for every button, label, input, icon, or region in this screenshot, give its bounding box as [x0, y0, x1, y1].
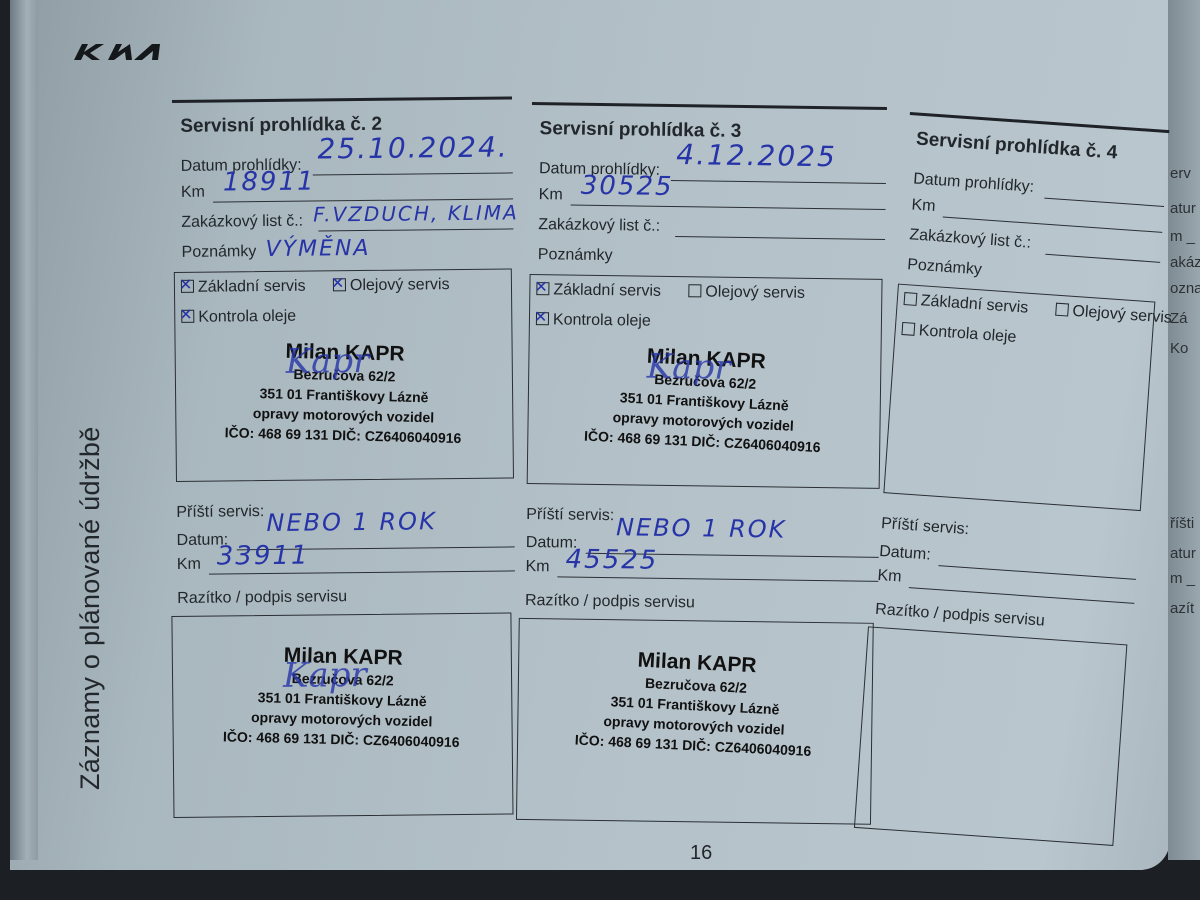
- checkbox-icon: [536, 312, 549, 325]
- notes-label: Poznámky: [182, 243, 257, 262]
- checkbox-icon: [181, 280, 194, 293]
- next-page-fragment: m _: [1170, 570, 1195, 587]
- kia-logo-icon: [72, 38, 162, 64]
- notes-value[interactable]: VÝMĚNA: [265, 236, 370, 262]
- next-page-fragment: atur: [1170, 200, 1196, 217]
- date-label: Datum prohlídky:: [913, 170, 1035, 196]
- order-label: Zakázkový list č.:: [538, 216, 660, 236]
- next-page-fragment: erv: [1170, 165, 1191, 182]
- next-page-fragment: azít: [1170, 600, 1194, 617]
- next-page-fragment: Ko: [1170, 340, 1188, 357]
- notes-label: Poznámky: [538, 246, 613, 265]
- oil-check-checkbox[interactable]: Kontrola oleje: [901, 321, 1017, 347]
- next-date-value[interactable]: NEBO 1 ROK: [266, 507, 437, 537]
- signature: Kapr: [283, 655, 367, 696]
- next-page-fragment: Zá: [1170, 310, 1188, 327]
- inspection-title: Servisní prohlídka č. 4: [915, 129, 1118, 165]
- stamp-label: Razítko / podpis servisu: [177, 588, 347, 608]
- service-box: Základní servis Olejový servis Kontrola …: [174, 268, 514, 482]
- stamp-label: Razítko / podpis servisu: [875, 601, 1046, 631]
- km-label: Km: [181, 184, 205, 202]
- next-km-value[interactable]: 45525: [565, 545, 658, 576]
- stamp-label: Razítko / podpis servisu: [525, 592, 695, 612]
- next-page-fragment: atur: [1170, 545, 1196, 562]
- order-label: Zakázkový list č.:: [181, 213, 303, 232]
- checkbox-icon: [688, 284, 701, 297]
- inspection-card-4: Servisní prohlídka č. 4 Datum prohlídky:…: [858, 112, 1169, 868]
- oil-check-checkbox[interactable]: Kontrola oleje: [181, 308, 296, 327]
- oil-service-checkbox[interactable]: Olejový servis: [333, 276, 450, 295]
- inspection-card-3: Servisní prohlídka č. 3 Datum prohlídky:…: [522, 102, 887, 847]
- order-label: Zakázkový list č.:: [909, 226, 1032, 252]
- next-service-label: Příští servis:: [176, 503, 264, 522]
- checkbox-icon: [333, 278, 346, 291]
- checkbox-icon: [904, 292, 918, 306]
- next-km-label: Km: [877, 567, 902, 587]
- signature: Kapr: [647, 347, 731, 388]
- next-date-value[interactable]: NEBO 1 ROK: [616, 513, 787, 543]
- inspection-card-2: Servisní prohlídka č. 2 Datum prohlídky:…: [172, 96, 520, 840]
- km-label: Km: [911, 196, 936, 216]
- oil-service-checkbox[interactable]: Olejový servis: [688, 283, 805, 303]
- next-km-label: Km: [177, 556, 201, 574]
- oil-service-checkbox[interactable]: Olejový servis: [1055, 302, 1173, 328]
- next-page-fragment: ozna: [1170, 280, 1200, 297]
- date-value[interactable]: 4.12.2025: [676, 138, 837, 173]
- basic-service-checkbox[interactable]: Základní servis: [903, 291, 1029, 318]
- next-date-label: Datum:: [879, 543, 932, 565]
- next-km-value[interactable]: 33911: [217, 541, 310, 572]
- km-label: Km: [539, 186, 563, 204]
- km-value[interactable]: 18911: [223, 167, 316, 198]
- basic-service-checkbox[interactable]: Základní servis: [536, 281, 661, 301]
- stamp-box: [854, 626, 1127, 846]
- notes-label: Poznámky: [907, 256, 983, 279]
- km-value[interactable]: 30525: [581, 171, 674, 202]
- signature: Kapr: [286, 341, 370, 382]
- stamp-bottom: Milan KAPR Bezručova 62/2 351 01 Františ…: [516, 643, 874, 764]
- next-page-fragment: říšti: [1170, 515, 1194, 532]
- service-box: Základní servis Olejový servis Kontrola …: [527, 274, 883, 489]
- next-page-fragment: akáz: [1170, 254, 1200, 271]
- basic-service-checkbox[interactable]: Základní servis: [181, 278, 306, 297]
- stamp-box: Milan KAPR Bezručova 62/2 351 01 Františ…: [516, 618, 874, 825]
- section-title: Záznamy o plánované údržbě: [75, 426, 106, 790]
- next-service-label: Příští servis:: [881, 515, 970, 539]
- next-page-edge: ervaturm _akázoznaZáKoříštiaturm _azít: [1168, 0, 1200, 860]
- next-page-fragment: m _: [1170, 228, 1195, 245]
- oil-check-checkbox[interactable]: Kontrola oleje: [536, 311, 651, 331]
- page-stack-edge: [10, 0, 38, 860]
- checkbox-icon: [1055, 303, 1069, 317]
- page-number: 16: [690, 842, 712, 865]
- stamp-box: Milan KAPR Bezručova 62/2 351 01 Františ…: [171, 612, 513, 818]
- date-value[interactable]: 25.10.2024.: [317, 130, 509, 165]
- checkbox-icon: [536, 282, 549, 295]
- service-box: Základní servis Olejový servis Kontrola …: [883, 284, 1155, 511]
- next-service-label: Příští servis:: [526, 506, 614, 525]
- checkbox-icon: [181, 310, 194, 323]
- next-km-label: Km: [525, 558, 549, 576]
- checkbox-icon: [901, 322, 915, 336]
- order-value[interactable]: F.VZDUCH, KLIMA: [313, 200, 519, 226]
